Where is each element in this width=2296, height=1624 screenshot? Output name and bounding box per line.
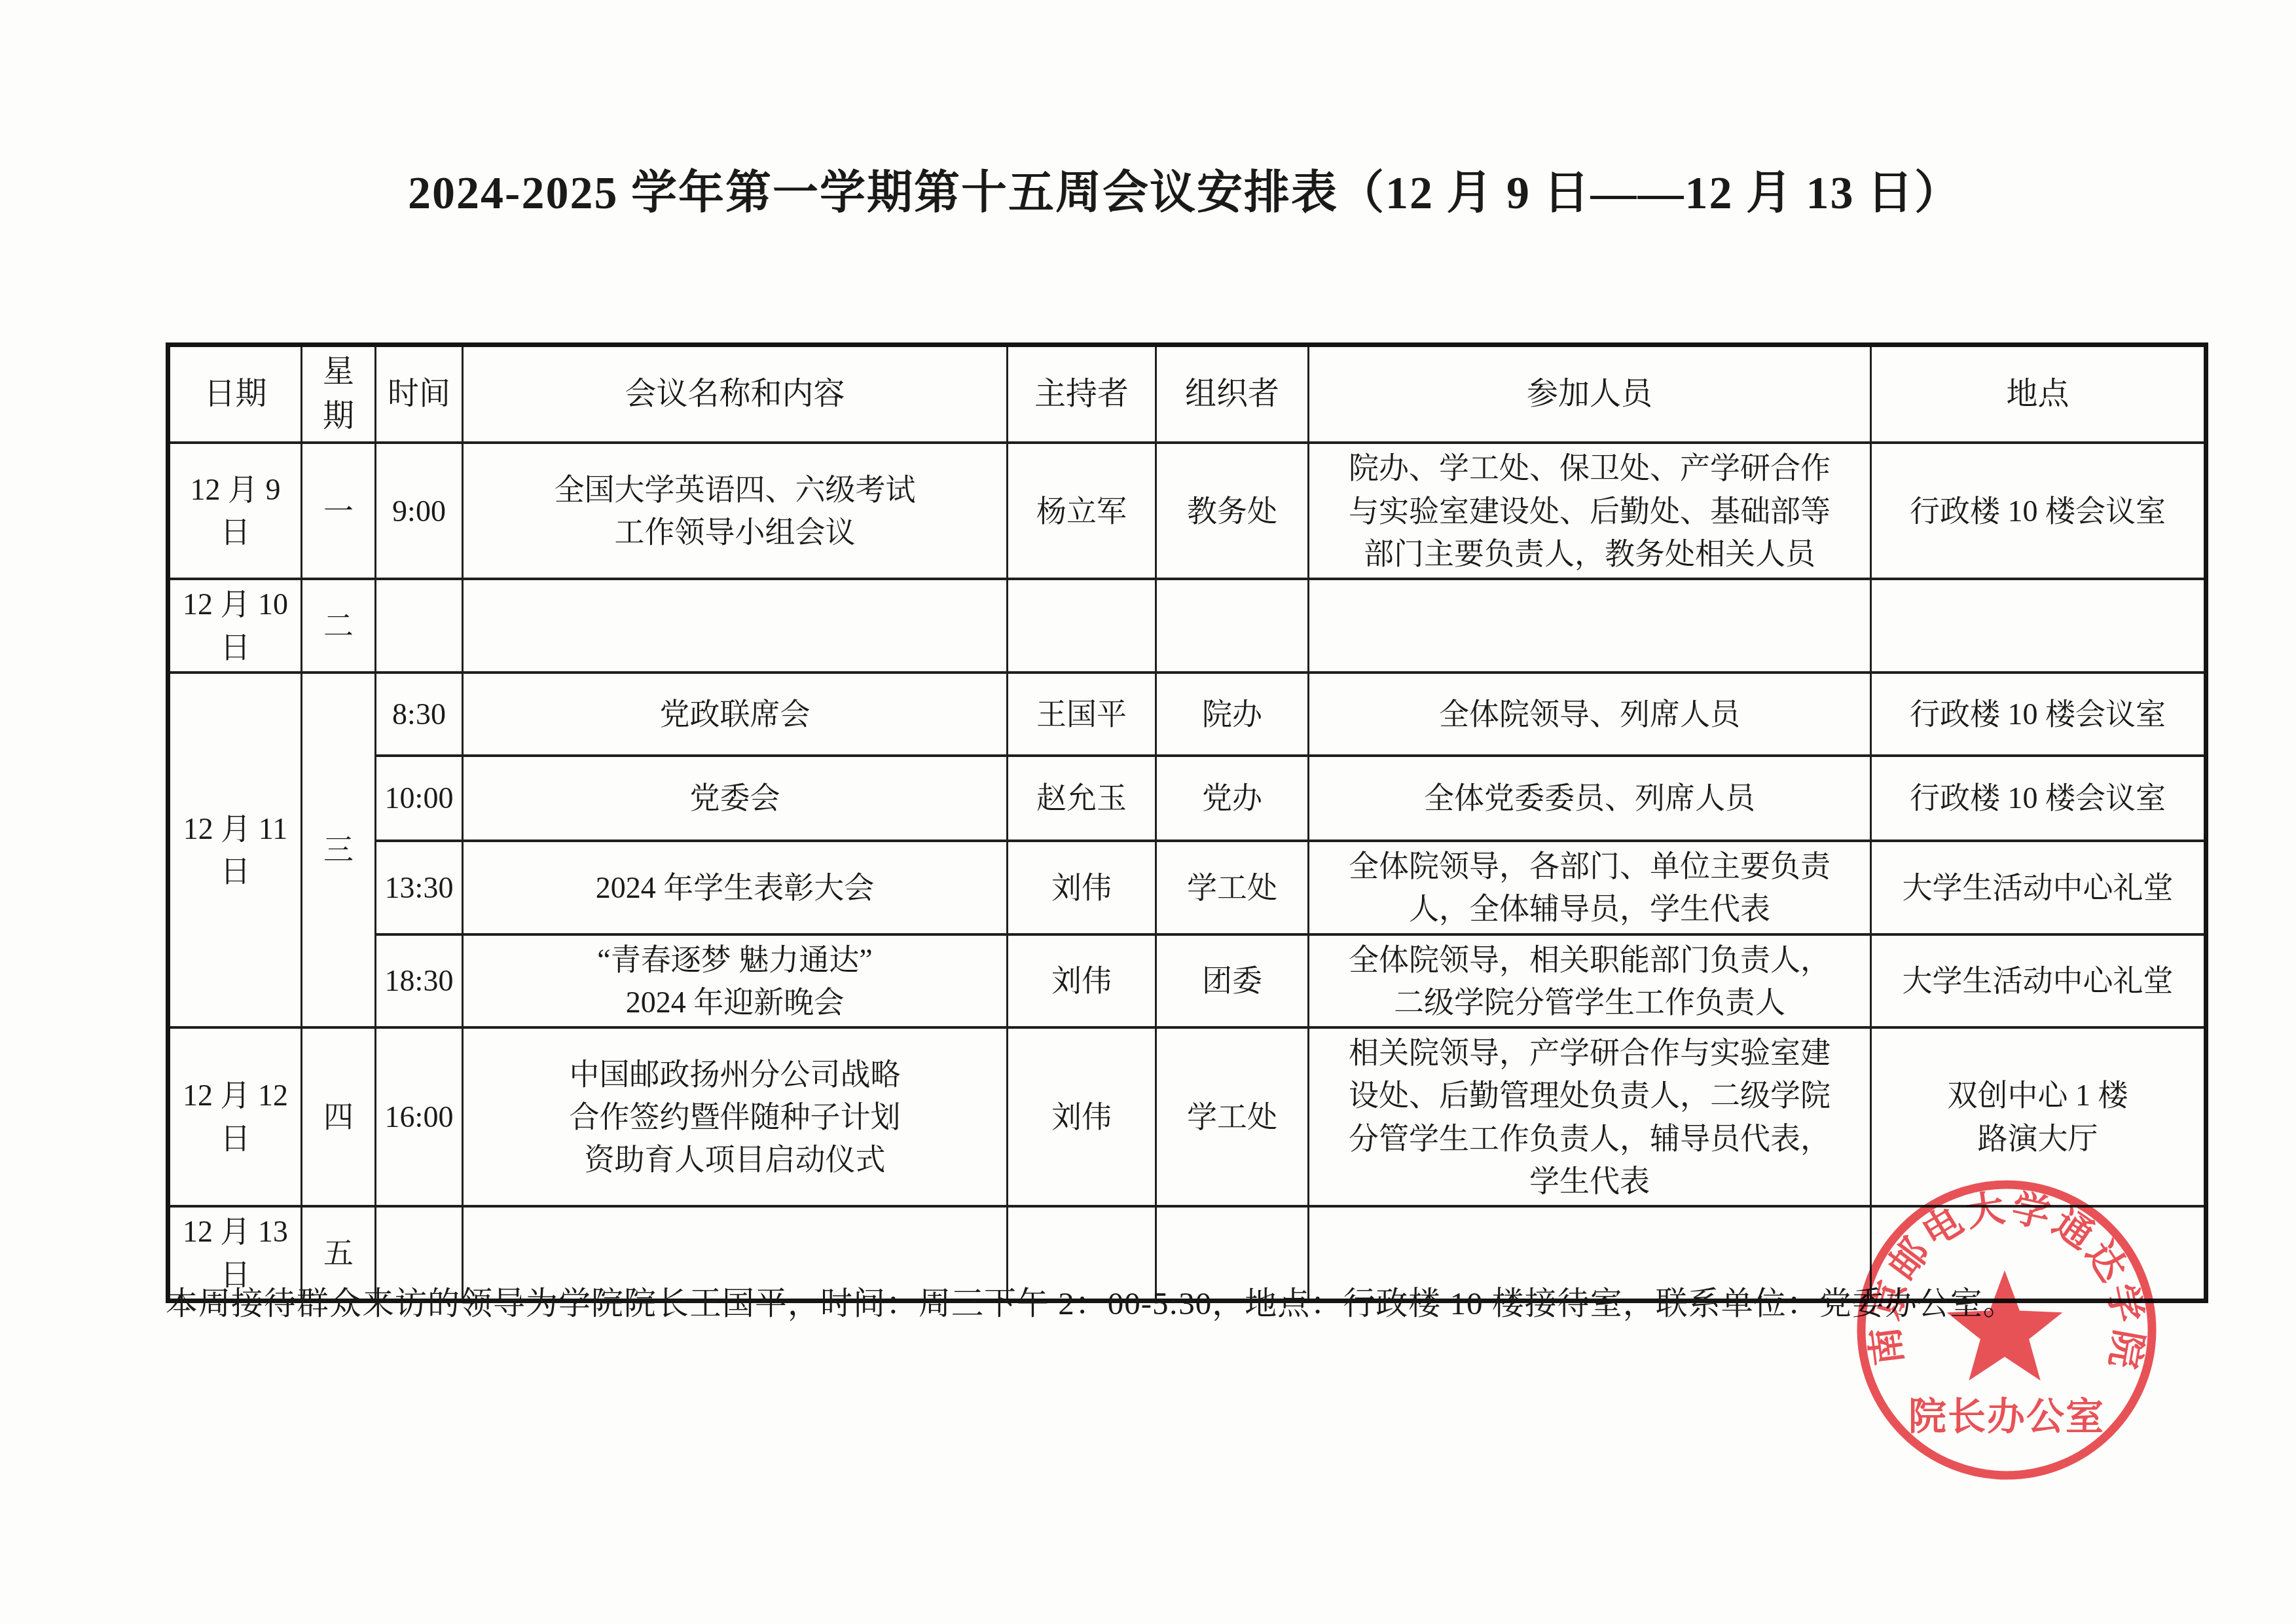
cell-weekday: 二 — [302, 579, 376, 673]
cell-participants: 全体院领导，各部门、单位主要负责 人，全体辅导员，学生代表 — [1309, 841, 1871, 934]
cell-date: 12 月 12 日 — [168, 1027, 302, 1206]
cell-meeting: 党政联席会 — [463, 673, 1008, 756]
col-header-meeting: 会议名称和内容 — [463, 345, 1008, 443]
cell-meeting: “青春逐梦 魅力通达” 2024 年迎新晚会 — [463, 934, 1008, 1028]
col-header-time: 时间 — [376, 345, 463, 443]
page-title: 2024-2025 学年第一学期第十五周会议安排表（12 月 9 日——12 月… — [166, 156, 2204, 222]
cell-host: 刘伟 — [1008, 841, 1156, 934]
cell-time: 9:00 — [376, 443, 463, 579]
cell-date: 12 月 11 日 — [168, 673, 302, 1027]
cell-participants: 全体院领导、列席人员 — [1309, 673, 1871, 756]
cell-time: 13:30 — [376, 841, 463, 934]
col-header-host: 主持者 — [1008, 345, 1156, 443]
cell-participants: 院办、学工处、保卫处、产学研合作 与实验室建设处、后勤处、基础部等 部门主要负责… — [1309, 443, 1871, 579]
cell-date: 12 月 9 日 — [168, 443, 302, 579]
cell-organizer: 团委 — [1156, 934, 1309, 1028]
cell-meeting: 中国邮政扬州分公司战略 合作签约暨伴随种子计划 资助育人项目启动仪式 — [463, 1027, 1008, 1206]
cell-host: 王国平 — [1008, 673, 1156, 756]
cell-location: 行政楼 10 楼会议室 — [1871, 673, 2206, 756]
cell-time: 8:30 — [376, 673, 463, 756]
cell-organizer: 学工处 — [1156, 1027, 1309, 1206]
cell-date: 12 月 10 日 — [168, 579, 302, 673]
cell-host: 刘伟 — [1008, 934, 1156, 1028]
cell-organizer: 学工处 — [1156, 841, 1309, 934]
cell-organizer — [1156, 579, 1309, 673]
col-header-weekday: 星期 — [302, 345, 376, 443]
cell-meeting — [463, 579, 1008, 673]
cell-host: 赵允玉 — [1008, 756, 1156, 841]
cell-location: 双创中心 1 楼 路演大厅 — [1871, 1027, 2206, 1206]
cell-host: 刘伟 — [1008, 1027, 1156, 1206]
cell-organizer: 院办 — [1156, 673, 1309, 756]
table-row: 10:00 党委会 赵允玉 党办 全体党委委员、列席人员 行政楼 10 楼会议室 — [168, 756, 2206, 841]
table-row: 12 月 11 日 三 8:30 党政联席会 王国平 院办 全体院领导、列席人员… — [168, 673, 2206, 756]
table-row: 12 月 10 日 二 — [168, 579, 2206, 673]
cell-time: 18:30 — [376, 934, 463, 1028]
cell-time: 16:00 — [376, 1027, 463, 1206]
table-header-row: 日期 星期 时间 会议名称和内容 主持者 组织者 参加人员 地点 — [168, 345, 2206, 443]
schedule-table: 日期 星期 时间 会议名称和内容 主持者 组织者 参加人员 地点 12 月 9 … — [166, 342, 2208, 1303]
col-header-organizer: 组织者 — [1156, 345, 1309, 443]
cell-organizer: 党办 — [1156, 756, 1309, 841]
cell-organizer: 教务处 — [1156, 443, 1309, 579]
cell-location — [1871, 579, 2206, 673]
cell-weekday: 一 — [302, 443, 376, 579]
reception-footer-note: 本周接待群众来访的领导为学院院长王国平，时间：周三下午 2：00-5:30，地点… — [166, 1278, 2261, 1324]
cell-location: 大学生活动中心礼堂 — [1871, 841, 2206, 934]
cell-time — [376, 579, 463, 673]
cell-location: 行政楼 10 楼会议室 — [1871, 443, 2206, 579]
cell-meeting: 全国大学英语四、六级考试 工作领导小组会议 — [463, 443, 1008, 579]
stamp-office-text: 院长办公室 — [1908, 1395, 2105, 1438]
table-row: 12 月 9 日 一 9:00 全国大学英语四、六级考试 工作领导小组会议 杨立… — [168, 443, 2206, 579]
cell-participants: 全体党委委员、列席人员 — [1309, 756, 1871, 841]
table-row: 13:30 2024 年学生表彰大会 刘伟 学工处 全体院领导，各部门、单位主要… — [168, 841, 2206, 934]
cell-host: 杨立军 — [1008, 443, 1156, 579]
cell-meeting: 2024 年学生表彰大会 — [463, 841, 1008, 934]
cell-weekday: 四 — [302, 1027, 376, 1206]
cell-participants: 相关院领导，产学研合作与实验室建 设处、后勤管理处负责人，二级学院 分管学生工作… — [1309, 1027, 1871, 1206]
col-header-location: 地点 — [1871, 345, 2206, 443]
cell-location: 大学生活动中心礼堂 — [1871, 934, 2206, 1028]
cell-participants — [1309, 579, 1871, 673]
cell-meeting: 党委会 — [463, 756, 1008, 841]
table-row: 18:30 “青春逐梦 魅力通达” 2024 年迎新晚会 刘伟 团委 全体院领导… — [168, 934, 2206, 1028]
col-header-participants: 参加人员 — [1309, 345, 1871, 443]
cell-participants: 全体院领导，相关职能部门负责人， 二级学院分管学生工作负责人 — [1309, 934, 1871, 1028]
cell-time: 10:00 — [376, 756, 463, 841]
col-header-date: 日期 — [168, 345, 302, 443]
cell-location: 行政楼 10 楼会议室 — [1871, 756, 2206, 841]
cell-weekday: 三 — [302, 673, 376, 1027]
table-row: 12 月 12 日 四 16:00 中国邮政扬州分公司战略 合作签约暨伴随种子计… — [168, 1027, 2206, 1206]
cell-host — [1008, 579, 1156, 673]
